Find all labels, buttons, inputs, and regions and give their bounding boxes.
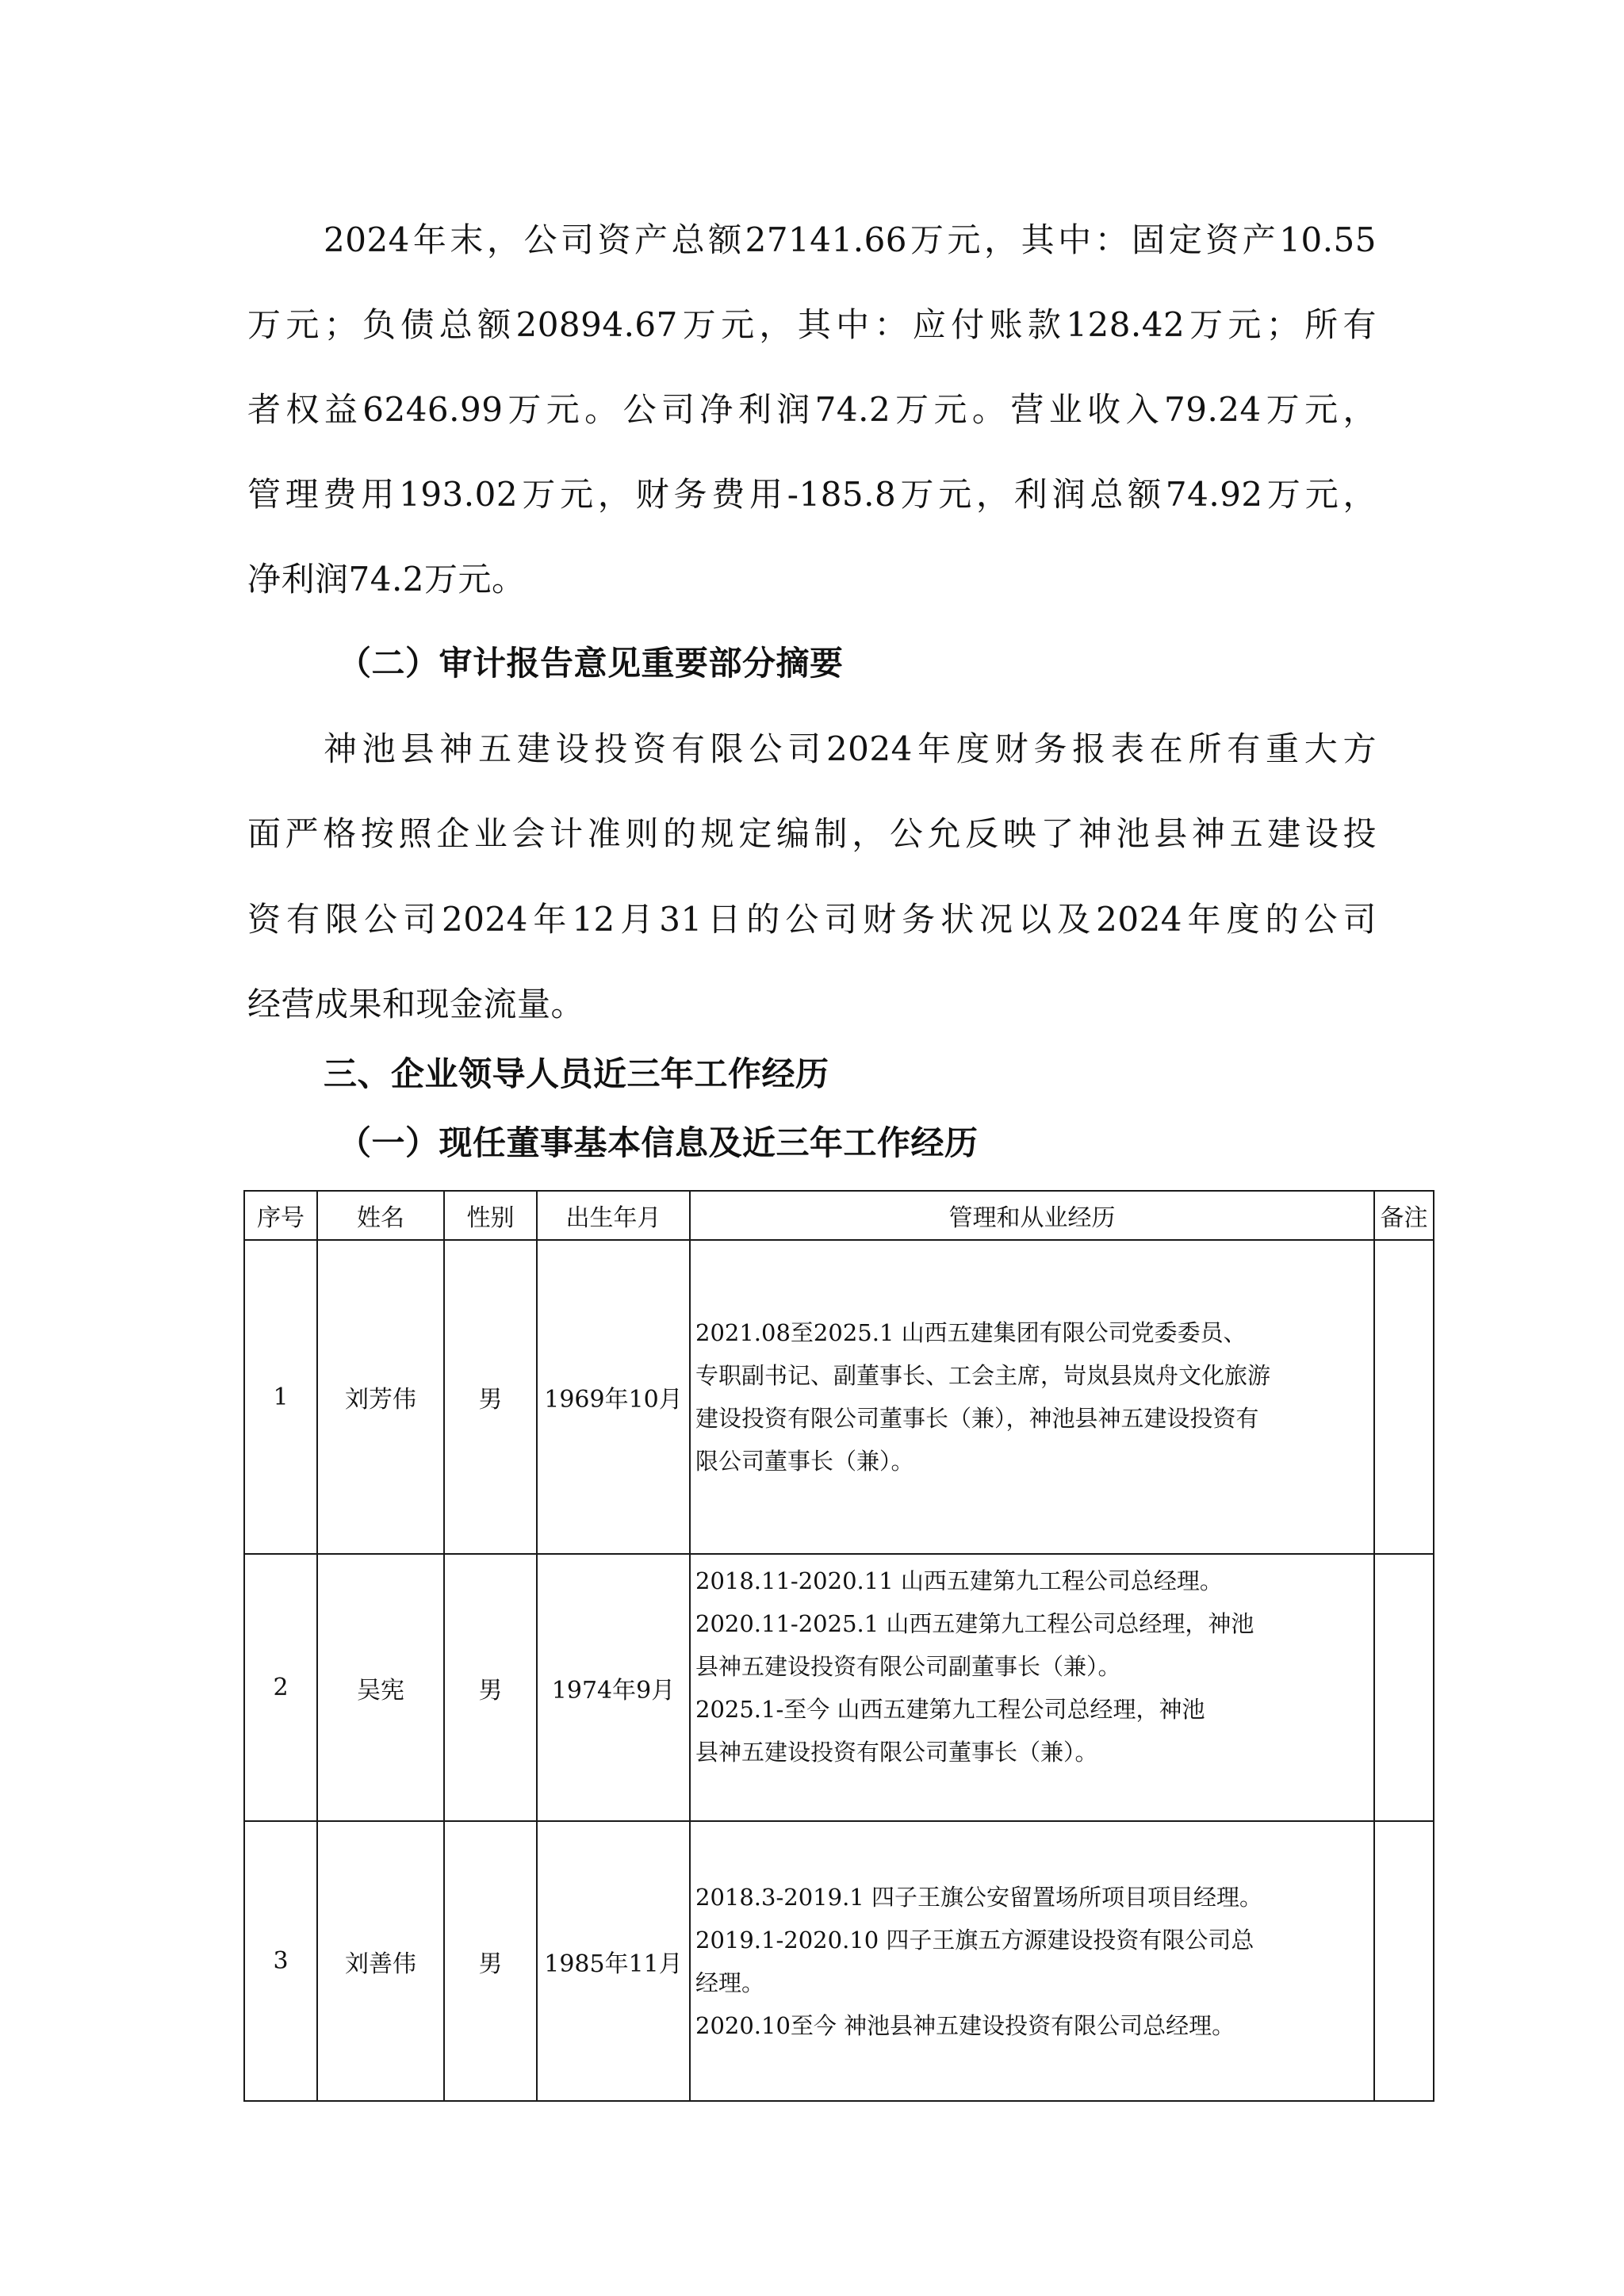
- cell-gender: 男: [444, 1821, 537, 2101]
- header-birth: 出生年月: [537, 1191, 690, 1240]
- financial-paragraph-line-3: 者权益6246.99万元。公司净利润74.2万元。营业收入79.24万元，: [247, 386, 1377, 434]
- experience-line: 限公司董事长（兼）。: [695, 1440, 1372, 1483]
- directors-table: 序号 姓名 性别 出生年月 管理和从业经历 备注 1 刘芳伟 男 1969年10…: [243, 1190, 1434, 2102]
- cell-note: [1374, 1554, 1434, 1821]
- cell-birth: 1985年11月: [537, 1821, 690, 2101]
- cell-index: 2: [244, 1554, 317, 1821]
- table-row: 2 吴宪 男 1974年9月 2018.11-2020.11 山西五建第九工程公…: [244, 1554, 1434, 1821]
- table-row: 3 刘善伟 男 1985年11月 2018.3-2019.1 四子王旗公安留置场…: [244, 1821, 1434, 2101]
- financial-paragraph-line-2: 万元；负债总额20894.67万元，其中：应付账款128.42万元；所有: [247, 301, 1377, 349]
- experience-line: 2021.08至2025.1 山西五建集团有限公司党委委员、: [695, 1311, 1372, 1354]
- audit-paragraph-line-3: 资有限公司2024年12月31日的公司财务状况以及2024年度的公司: [247, 896, 1377, 943]
- header-gender: 性别: [444, 1191, 537, 1240]
- financial-paragraph-line-5: 净利润74.2万元。: [247, 556, 526, 603]
- experience-line: 2020.10至今 神池县神五建设投资有限公司总经理。: [695, 2004, 1372, 2047]
- header-name: 姓名: [317, 1191, 444, 1240]
- cell-name: 吴宪: [317, 1554, 444, 1821]
- experience-line: 2020.11-2025.1 山西五建第九工程公司总经理，神池: [695, 1602, 1372, 1645]
- cell-name: 刘善伟: [317, 1821, 444, 2101]
- cell-note: [1374, 1821, 1434, 2101]
- document-page: 2024年末，公司资产总额27141.66万元，其中：固定资产10.55 万元；…: [0, 0, 1624, 2296]
- experience-line: 经理。: [695, 1961, 1372, 2004]
- cell-gender: 男: [444, 1240, 537, 1554]
- cell-birth: 1969年10月: [537, 1240, 690, 1554]
- header-index: 序号: [244, 1191, 317, 1240]
- cell-experience: 2018.3-2019.1 四子王旗公安留置场所项目项目经理。 2019.1-2…: [690, 1821, 1374, 2101]
- header-experience: 管理和从业经历: [690, 1191, 1374, 1240]
- experience-line: 专职副书记、副董事长、工会主席，岢岚县岚舟文化旅游: [695, 1354, 1372, 1397]
- cell-birth: 1974年9月: [537, 1554, 690, 1821]
- cell-experience: 2021.08至2025.1 山西五建集团有限公司党委委员、 专职副书记、副董事…: [690, 1240, 1374, 1554]
- table-row: 1 刘芳伟 男 1969年10月 2021.08至2025.1 山西五建集团有限…: [244, 1240, 1434, 1554]
- cell-index: 3: [244, 1821, 317, 2101]
- audit-summary-heading: （二）审计报告意见重要部分摘要: [338, 640, 844, 687]
- audit-paragraph-line-4: 经营成果和现金流量。: [247, 981, 584, 1028]
- cell-experience: 2018.11-2020.11 山西五建第九工程公司总经理。 2020.11-2…: [690, 1554, 1374, 1821]
- financial-paragraph-line-4: 管理费用193.02万元，财务费用-185.8万元，利润总额74.92万元，: [247, 471, 1377, 519]
- header-note: 备注: [1374, 1191, 1434, 1240]
- financial-paragraph-line-1: 2024年末，公司资产总额27141.66万元，其中：固定资产10.55: [324, 216, 1377, 264]
- leaders-section-heading: 三、企业领导人员近三年工作经历: [324, 1050, 829, 1098]
- cell-gender: 男: [444, 1554, 537, 1821]
- experience-line: 2019.1-2020.10 四子王旗五方源建设投资有限公司总: [695, 1919, 1372, 1961]
- experience-line: 县神五建设投资有限公司副董事长（兼）。: [695, 1645, 1372, 1688]
- cell-index: 1: [244, 1240, 317, 1554]
- experience-line: 建设投资有限公司董事长（兼），神池县神五建设投资有: [695, 1397, 1372, 1440]
- experience-line: 2025.1-至今 山西五建第九工程公司总经理，神池: [695, 1688, 1372, 1731]
- experience-line: 县神五建设投资有限公司董事长（兼）。: [695, 1731, 1372, 1774]
- audit-paragraph-line-1: 神池县神五建设投资有限公司2024年度财务报表在所有重大方: [324, 725, 1377, 773]
- table-header-row: 序号 姓名 性别 出生年月 管理和从业经历 备注: [244, 1191, 1434, 1240]
- cell-name: 刘芳伟: [317, 1240, 444, 1554]
- cell-note: [1374, 1240, 1434, 1554]
- experience-line: 2018.3-2019.1 四子王旗公安留置场所项目项目经理。: [695, 1876, 1372, 1919]
- experience-line: 2018.11-2020.11 山西五建第九工程公司总经理。: [695, 1559, 1372, 1602]
- directors-subheading: （一）现任董事基本信息及近三年工作经历: [338, 1119, 979, 1167]
- audit-paragraph-line-2: 面严格按照企业会计准则的规定编制，公允反映了神池县神五建设投: [247, 810, 1377, 858]
